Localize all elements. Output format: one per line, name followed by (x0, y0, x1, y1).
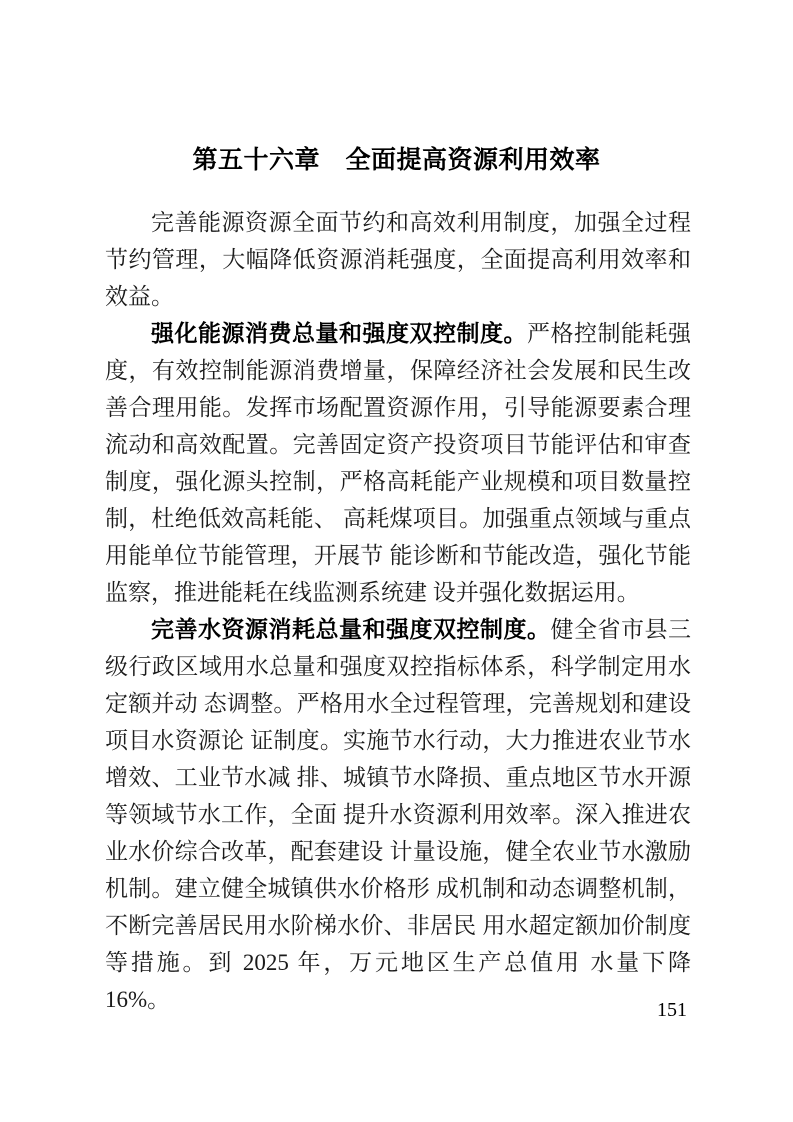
document-page: 第五十六章 全面提高资源利用效率 完善能源资源全面节约和高效利用制度，加强全过程… (0, 0, 793, 1122)
paragraph-lead: 强化能源消费总量和强度双控制度。 (151, 321, 527, 346)
paragraph-lead: 完善水资源消耗总量和强度双控制度。 (151, 617, 551, 642)
body-text: 完善能源资源全面节约和高效利用制度，加强全过程节约管理，大幅降低资源消耗强度，全… (105, 204, 691, 1018)
chapter-title: 第五十六章 全面提高资源利用效率 (0, 140, 793, 176)
paragraph-text: 严格控制能耗强度，有效控制能源消费增量，保障经济社会发展和民生改善合理用能。发挥… (105, 321, 691, 605)
paragraph-text: 健全省市县三级行政区域用水总量和强度双控指标体系，科学制定用水定额并动 态调整。… (105, 617, 691, 1012)
paragraph-text: 完善能源资源全面节约和高效利用制度，加强全过程节约管理，大幅降低资源消耗强度，全… (105, 210, 691, 309)
paragraph: 完善水资源消耗总量和强度双控制度。健全省市县三级行政区域用水总量和强度双控指标体… (105, 611, 691, 1018)
paragraph: 强化能源消费总量和强度双控制度。严格控制能耗强度，有效控制能源消费增量，保障经济… (105, 315, 691, 611)
page-number: 151 (657, 999, 687, 1022)
paragraph: 完善能源资源全面节约和高效利用制度，加强全过程节约管理，大幅降低资源消耗强度，全… (105, 204, 691, 315)
